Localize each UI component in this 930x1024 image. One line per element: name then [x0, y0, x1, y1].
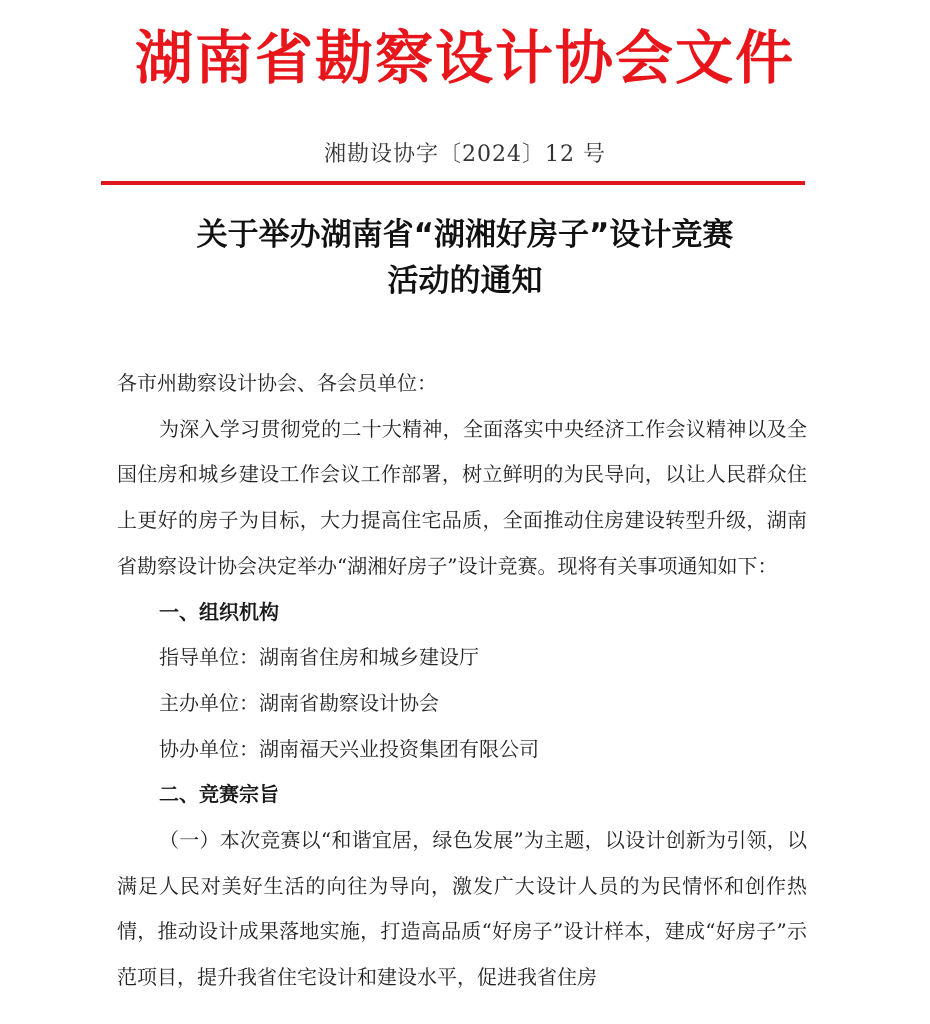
title-line-1: 关于举办湖南省“湖湘好房子”设计竞赛: [0, 212, 930, 258]
section-heading-organization: 一、组织机构: [117, 590, 807, 636]
salutation: 各市州勘察设计协会、各会员单位：: [117, 361, 807, 407]
document-body: 各市州勘察设计协会、各会员单位： 为深入学习贯彻党的二十大精神，全面落实中央经济…: [117, 361, 807, 1001]
title-line-2: 活动的通知: [0, 258, 930, 304]
red-divider-rule: [101, 181, 805, 185]
guiding-unit: 指导单位：湖南省住房和城乡建设厅: [117, 635, 807, 681]
intro-paragraph: 为深入学习贯彻党的二十大精神，全面落实中央经济工作会议精神以及全国住房和城乡建设…: [117, 407, 807, 590]
purpose-paragraph: （一）本次竞赛以“和谐宜居，绿色发展”为主题，以设计创新为引领，以满足人民对美好…: [117, 818, 807, 1001]
issuer-banner: 湖南省勘察设计协会文件: [0, 22, 930, 94]
section-heading-purpose: 二、竞赛宗旨: [117, 772, 807, 818]
document-page: 湖南省勘察设计协会文件 湘勘设协字〔2024〕12 号 关于举办湖南省“湖湘好房…: [0, 0, 930, 1024]
host-unit: 主办单位：湖南省勘察设计协会: [117, 681, 807, 727]
co-organizer-unit: 协办单位：湖南福天兴业投资集团有限公司: [117, 727, 807, 773]
document-title: 关于举办湖南省“湖湘好房子”设计竞赛 活动的通知: [0, 212, 930, 304]
document-number: 湘勘设协字〔2024〕12 号: [0, 140, 930, 170]
